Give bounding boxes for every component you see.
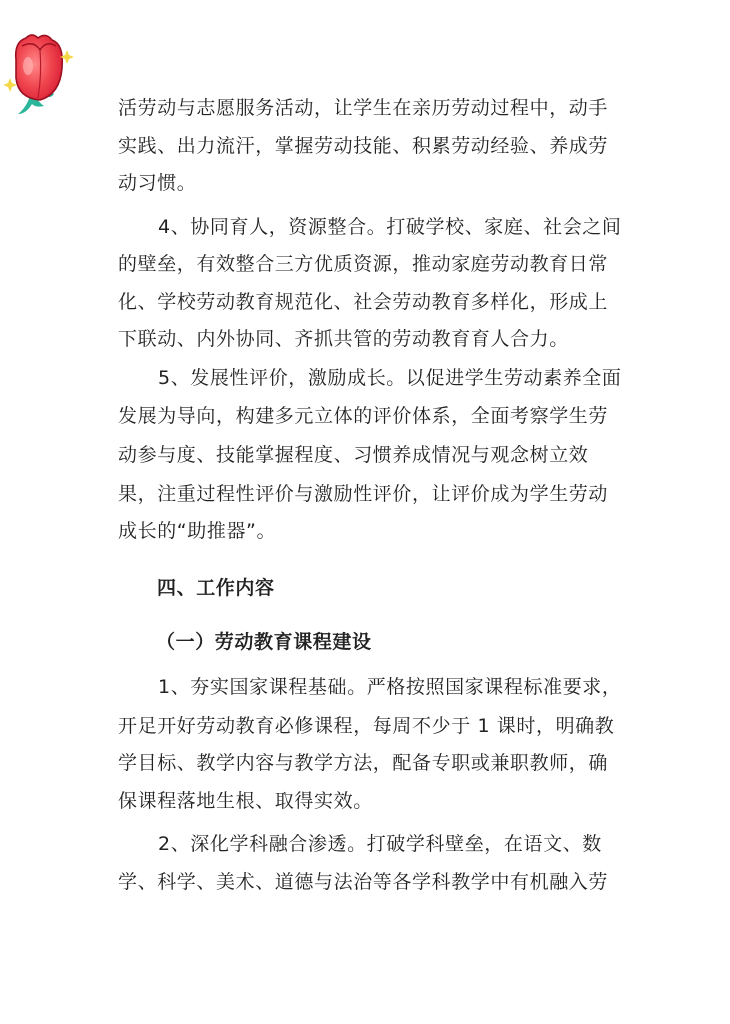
body-line: 果，注重过程性评价与激励性评价，让评价成为学生劳动 bbox=[118, 482, 608, 506]
body-line: 保课程落地生根、取得实效。 bbox=[118, 789, 373, 813]
body-line: 学目标、教学内容与教学方法，配备专职或兼职教师，确 bbox=[118, 751, 608, 775]
body-line: 发展为导向，构建多元立体的评价体系，全面考察学生劳 bbox=[118, 404, 608, 428]
body-line: 动习惯。 bbox=[118, 171, 196, 195]
body-line: 开足开好劳动教育必修课程，每周不少于 1 课时，明确教 bbox=[118, 714, 614, 738]
body-line: 实践、出力流汗，掌握劳动技能、积累劳动经验、养成劳 bbox=[118, 134, 608, 158]
paragraph-start-line: 4、协同育人，资源整合。打破学校、家庭、社会之间 bbox=[158, 215, 622, 239]
paragraph-start-line: 5、发展性评价，激励成长。以促进学生劳动素养全面 bbox=[158, 366, 622, 390]
body-line: 下联动、内外协同、齐抓共管的劳动教育育人合力。 bbox=[118, 327, 569, 351]
body-line: 动参与度、技能掌握程度、习惯养成情况与观念树立效 bbox=[118, 443, 588, 467]
section-heading: 四、工作内容 bbox=[157, 576, 275, 600]
body-line: 成长的“助推器”。 bbox=[118, 519, 276, 543]
paragraph-start-line: 2、深化学科融合渗透。打破学科壁垒，在语文、数 bbox=[158, 832, 602, 856]
body-line: 的壁垒，有效整合三方优质资源，推动家庭劳动教育日常 bbox=[118, 252, 608, 276]
body-line: 活劳动与志愿服务活动，让学生在亲历劳动过程中，动手 bbox=[118, 96, 608, 120]
subsection-heading: （一）劳动教育课程建设 bbox=[156, 630, 372, 654]
paragraph-start-line: 1、夯实国家课程基础。严格按照国家课程标准要求， bbox=[158, 675, 622, 699]
body-line: 化、学校劳动教育规范化、社会劳动教育多样化，形成上 bbox=[118, 290, 608, 314]
rose-sticker-icon bbox=[4, 28, 76, 118]
body-line: 学、科学、美术、道德与法治等各学科教学中有机融入劳 bbox=[118, 870, 608, 894]
